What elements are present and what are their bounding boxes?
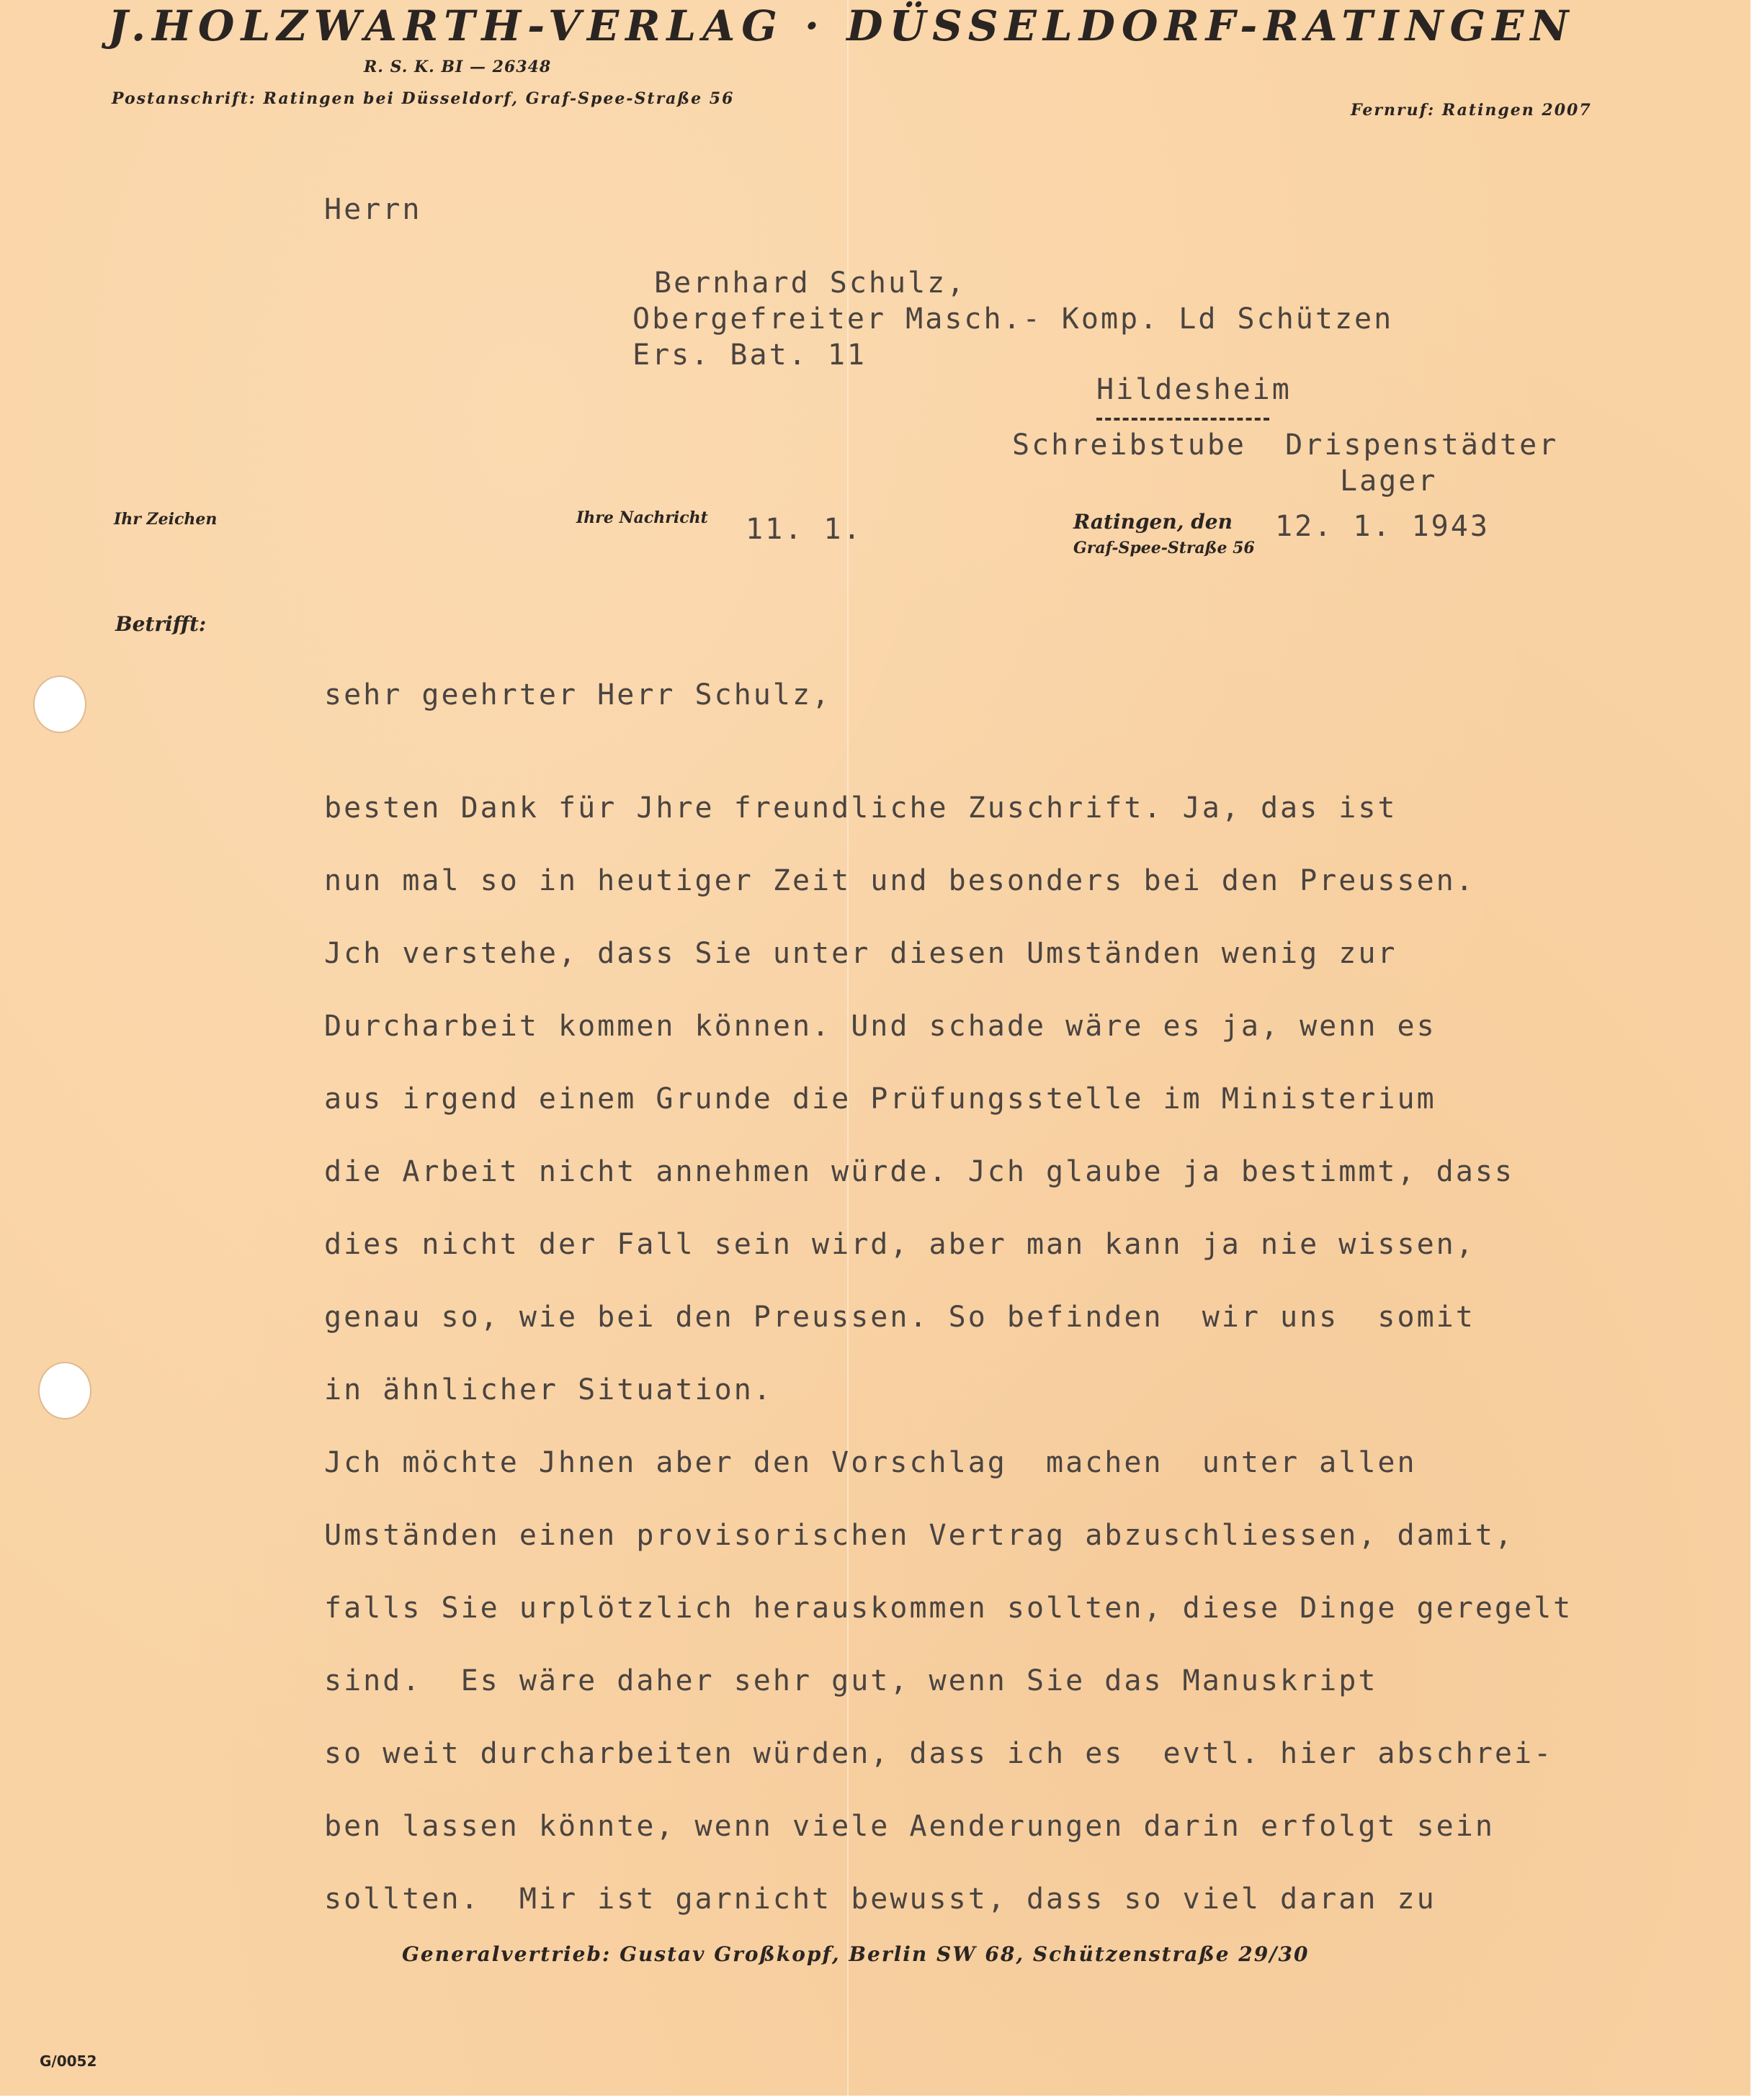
body-line: genau so, wie bei den Preussen. So befin… xyxy=(324,1296,1573,1368)
body-line: Umständen einen provisorischen Vertrag a… xyxy=(324,1514,1573,1587)
recipient-location-line1: Schreibstube Drispenstädter xyxy=(1012,428,1558,462)
letter-body: besten Dank für Jhre freundliche Zuschri… xyxy=(324,786,1573,1950)
body-line: ben lassen könnte, wenn viele Aenderunge… xyxy=(324,1805,1573,1877)
footer-distribution: Generalvertrieb: Gustav Großkopf, Berlin… xyxy=(402,1942,1309,1966)
body-line: sind. Es wäre daher sehr gut, wenn Sie d… xyxy=(324,1659,1573,1732)
subject-label: Betrifft: xyxy=(115,612,206,636)
place-label: Ratingen, den xyxy=(1073,510,1233,534)
ihre-nachricht-label: Ihre Nachricht xyxy=(576,508,708,527)
body-line: dies nicht der Fall sein wird, aber man … xyxy=(324,1223,1573,1296)
letterhead-registration: R. S. K. BI — 26348 xyxy=(364,58,551,76)
punch-hole-top xyxy=(35,677,85,732)
body-line: sollten. Mir ist garnicht bewusst, dass … xyxy=(324,1877,1573,1950)
place-address: Graf-Spee-Straße 56 xyxy=(1073,539,1255,557)
body-line: in ähnlicher Situation. xyxy=(324,1368,1573,1441)
body-line: Jch verstehe, dass Sie unter diesen Umst… xyxy=(324,932,1573,1005)
recipient-city: Hildesheim xyxy=(1096,373,1292,406)
recipient-rank-unit: Obergefreiter Masch.- Komp. Ld Schützen xyxy=(632,302,1393,336)
body-line: Jch möchte Jhnen aber den Vorschlag mach… xyxy=(324,1441,1573,1514)
archive-code: G/0052 xyxy=(40,2052,97,2070)
letterhead-title: J.HOLZWARTH-VERLAG · DÜSSELDORF-RATINGEN xyxy=(108,1,1575,50)
punch-hole-bottom xyxy=(40,1363,90,1418)
recipient-herrn: Herrn xyxy=(324,193,421,226)
body-line: so weit durcharbeiten würden, dass ich e… xyxy=(324,1732,1573,1805)
body-line: falls Sie urplötzlich herauskommen sollt… xyxy=(324,1587,1573,1659)
body-line: Durcharbeit kommen können. Und schade wä… xyxy=(324,1005,1573,1077)
letter-greeting: sehr geehrter Herr Schulz, xyxy=(324,678,831,712)
body-line: die Arbeit nicht annehmen würde. Jch gla… xyxy=(324,1150,1573,1223)
letter-date: 12. 1. 1943 xyxy=(1275,510,1490,543)
letterhead-phone: Fernruf: Ratingen 2007 xyxy=(1351,101,1592,120)
body-line: aus irgend einem Grunde die Prüfungsstel… xyxy=(324,1077,1573,1150)
body-line: nun mal so in heutiger Zeit und besonder… xyxy=(324,859,1573,932)
letterhead-postal-address: Postanschrift: Ratingen bei Düsseldorf, … xyxy=(112,89,734,108)
body-line: besten Dank für Jhre freundliche Zuschri… xyxy=(324,786,1573,859)
city-underline xyxy=(1096,418,1269,421)
recipient-name: Bernhard Schulz, xyxy=(654,266,966,300)
ihr-zeichen-label: Ihr Zeichen xyxy=(114,510,217,529)
ihre-nachricht-value: 11. 1. xyxy=(746,513,863,546)
letter-page: J.HOLZWARTH-VERLAG · DÜSSELDORF-RATINGEN… xyxy=(0,0,1750,2096)
recipient-battalion: Ers. Bat. 11 xyxy=(632,338,867,372)
recipient-location-line2: Lager xyxy=(1340,465,1437,498)
